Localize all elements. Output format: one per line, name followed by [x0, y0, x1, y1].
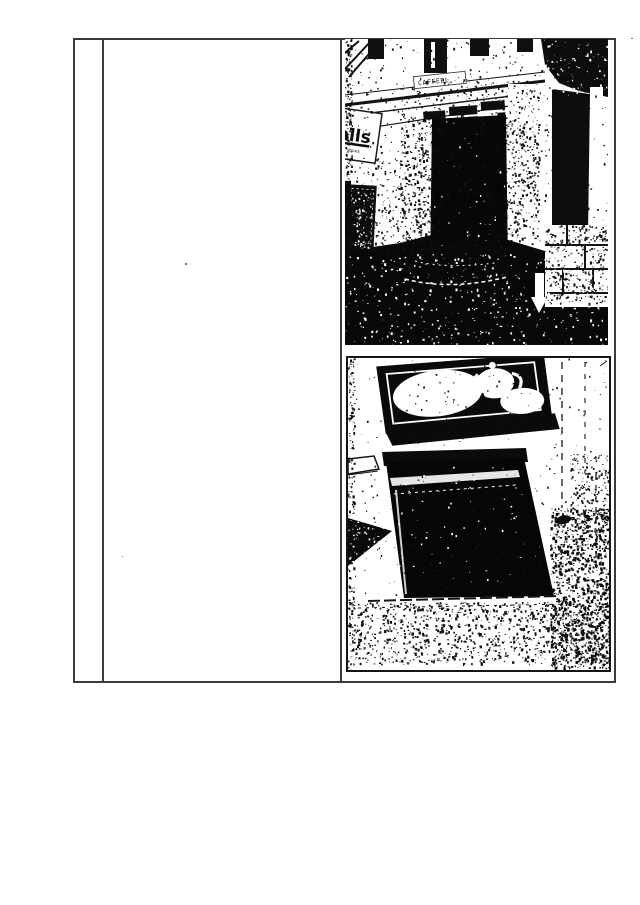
- table-cell-left-empty: [75, 40, 101, 681]
- storefront-photo-canvas: CAFFEBL alls e & shoes: [345, 39, 608, 345]
- right-white-pilaster: [590, 87, 603, 237]
- scan-speck: [185, 263, 187, 265]
- basement-photo: [346, 356, 611, 672]
- scanned-document-page: CAFFEBL alls e & shoes: [0, 0, 640, 905]
- door-side-pilaster: [508, 84, 552, 239]
- scan-speck: [631, 38, 633, 39]
- right-dark-recess: [550, 89, 590, 235]
- table-cell-main-empty: [105, 40, 339, 681]
- scan-speck: [122, 556, 123, 557]
- table-divider-photo-column: [340, 39, 342, 682]
- storefront-photo: CAFFEBL alls e & shoes: [345, 39, 608, 345]
- basement-photo-canvas: [348, 358, 609, 670]
- table-divider-left-column: [102, 39, 104, 682]
